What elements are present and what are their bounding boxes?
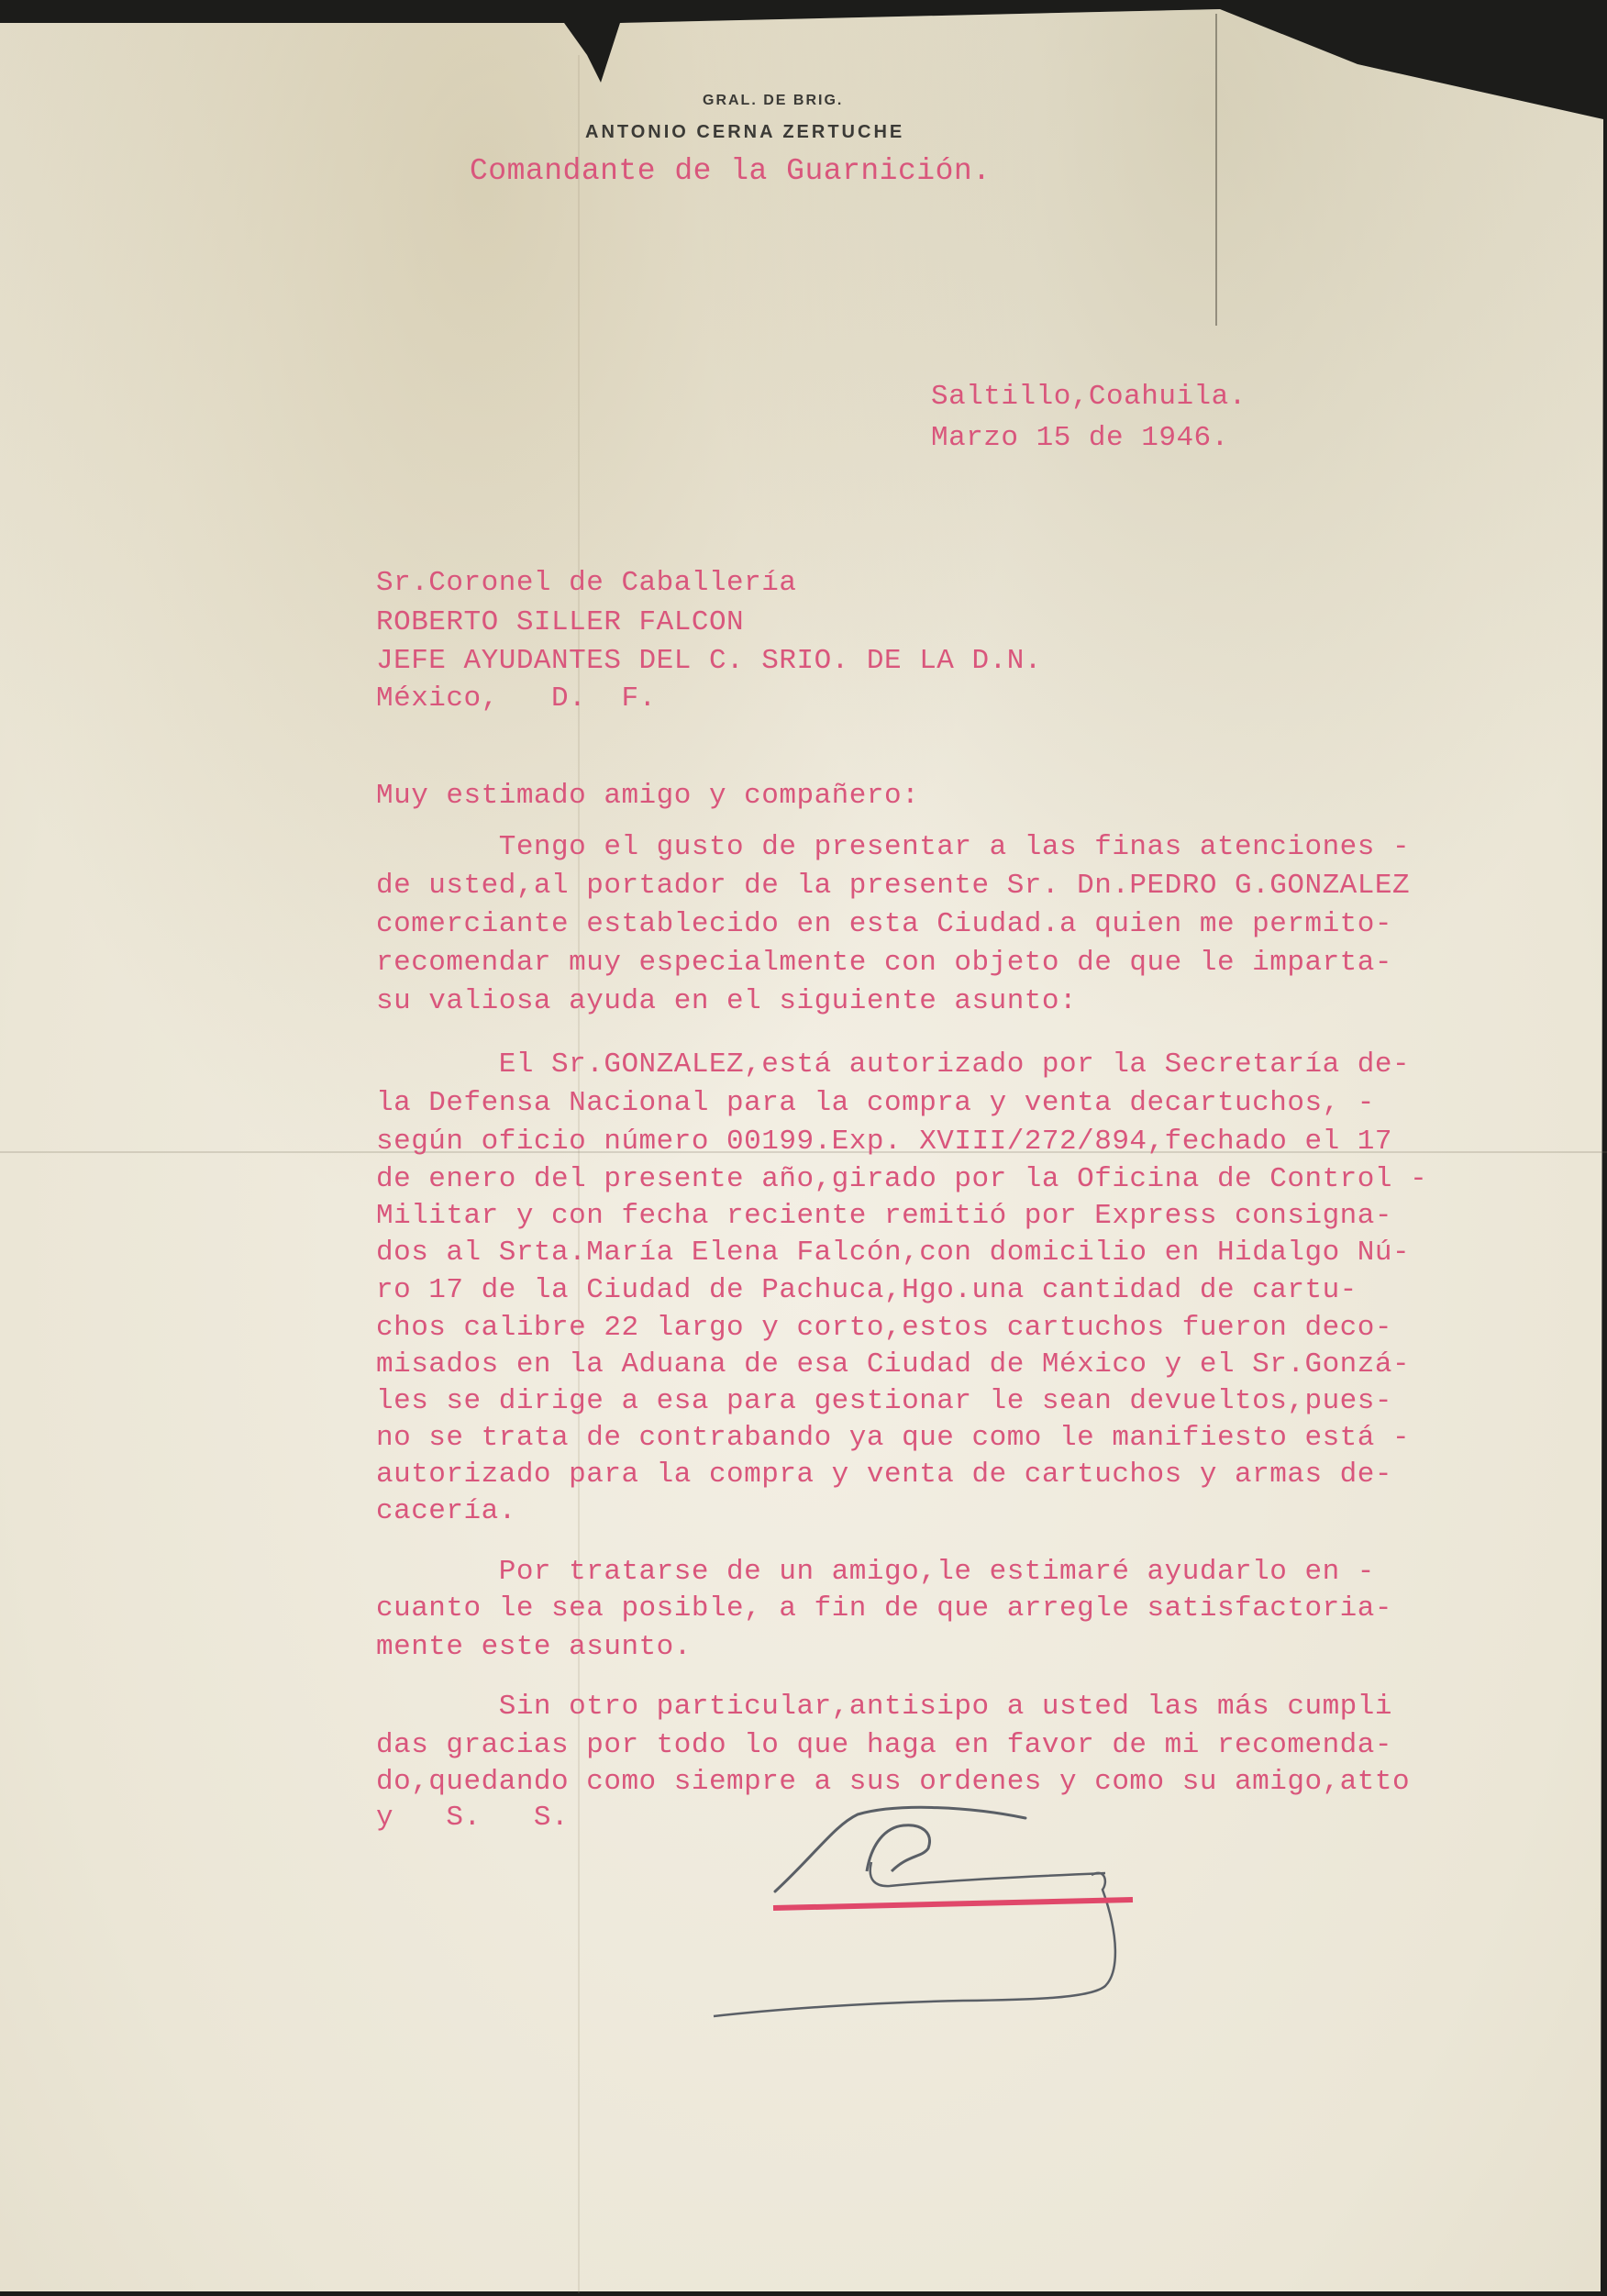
body-line: recomendar muy especialmente con objeto …	[376, 948, 1392, 977]
body-line: El Sr.GONZALEZ,está autorizado por la Se…	[376, 1050, 1410, 1079]
body-line: comerciante establecido en esta Ciudad.a…	[376, 910, 1392, 938]
body-line: Sin otro particular,antisipo a usted las…	[376, 1692, 1392, 1721]
body-line: de enero del presente año,girado por la …	[376, 1165, 1427, 1193]
letterhead-rank: GRAL. DE BRIG.	[703, 93, 843, 109]
paper-tear-crease	[1215, 14, 1217, 326]
body-line: según oficio número 00199.Exp. XVIII/272…	[376, 1127, 1392, 1156]
letterhead-title: Comandante de la Guarnición.	[470, 156, 992, 186]
body-line: su valiosa ayuda en el siguiente asunto:	[376, 987, 1077, 1015]
body-line: misados en la Aduana de esa Ciudad de Mé…	[376, 1350, 1410, 1379]
body-line: no se trata de contrabando ya que como l…	[376, 1424, 1410, 1452]
body-line: Por tratarse de un amigo,le estimaré ayu…	[376, 1558, 1375, 1586]
addressee-line-2: ROBERTO SILLER FALCON	[376, 608, 744, 637]
place: Saltillo,Coahuila.	[931, 383, 1247, 411]
body-line: chos calibre 22 largo y corto,estos cart…	[376, 1314, 1392, 1342]
body-line: y S. S.	[376, 1803, 569, 1832]
addressee-line-4: México, D. F.	[376, 684, 657, 713]
body-line: autorizado para la compra y venta de car…	[376, 1460, 1392, 1489]
body-line: cacería.	[376, 1497, 516, 1525]
body-line: ro 17 de la Ciudad de Pachuca,Hgo.una ca…	[376, 1276, 1358, 1304]
addressee-line-3: JEFE AYUDANTES DEL C. SRIO. DE LA D.N.	[376, 647, 1042, 675]
body-line: Militar y con fecha reciente remitió por…	[376, 1202, 1392, 1230]
body-line: Tengo el gusto de presentar a las finas …	[376, 833, 1410, 861]
letterhead-name: ANTONIO CERNA ZERTUCHE	[585, 122, 904, 143]
body-line: la Defensa Nacional para la compra y ven…	[376, 1089, 1375, 1117]
date: Marzo 15 de 1946.	[931, 424, 1229, 452]
body-line: dos al Srta.María Elena Falcón,con domic…	[376, 1238, 1410, 1267]
salutation: Muy estimado amigo y compañero:	[376, 782, 919, 810]
body-line: de usted,al portador de la presente Sr. …	[376, 871, 1410, 900]
body-line: les se dirige a esa para gestionar le se…	[376, 1387, 1392, 1415]
signature-icon	[688, 1798, 1385, 2036]
addressee-line-1: Sr.Coronel de Caballería	[376, 569, 796, 597]
body-line: das gracias por todo lo que haga en favo…	[376, 1731, 1392, 1759]
body-line: cuanto le sea posible, a fin de que arre…	[376, 1594, 1392, 1623]
body-line: do,quedando como siempre a sus ordenes y…	[376, 1768, 1410, 1796]
body-line: mente este asunto.	[376, 1633, 692, 1661]
